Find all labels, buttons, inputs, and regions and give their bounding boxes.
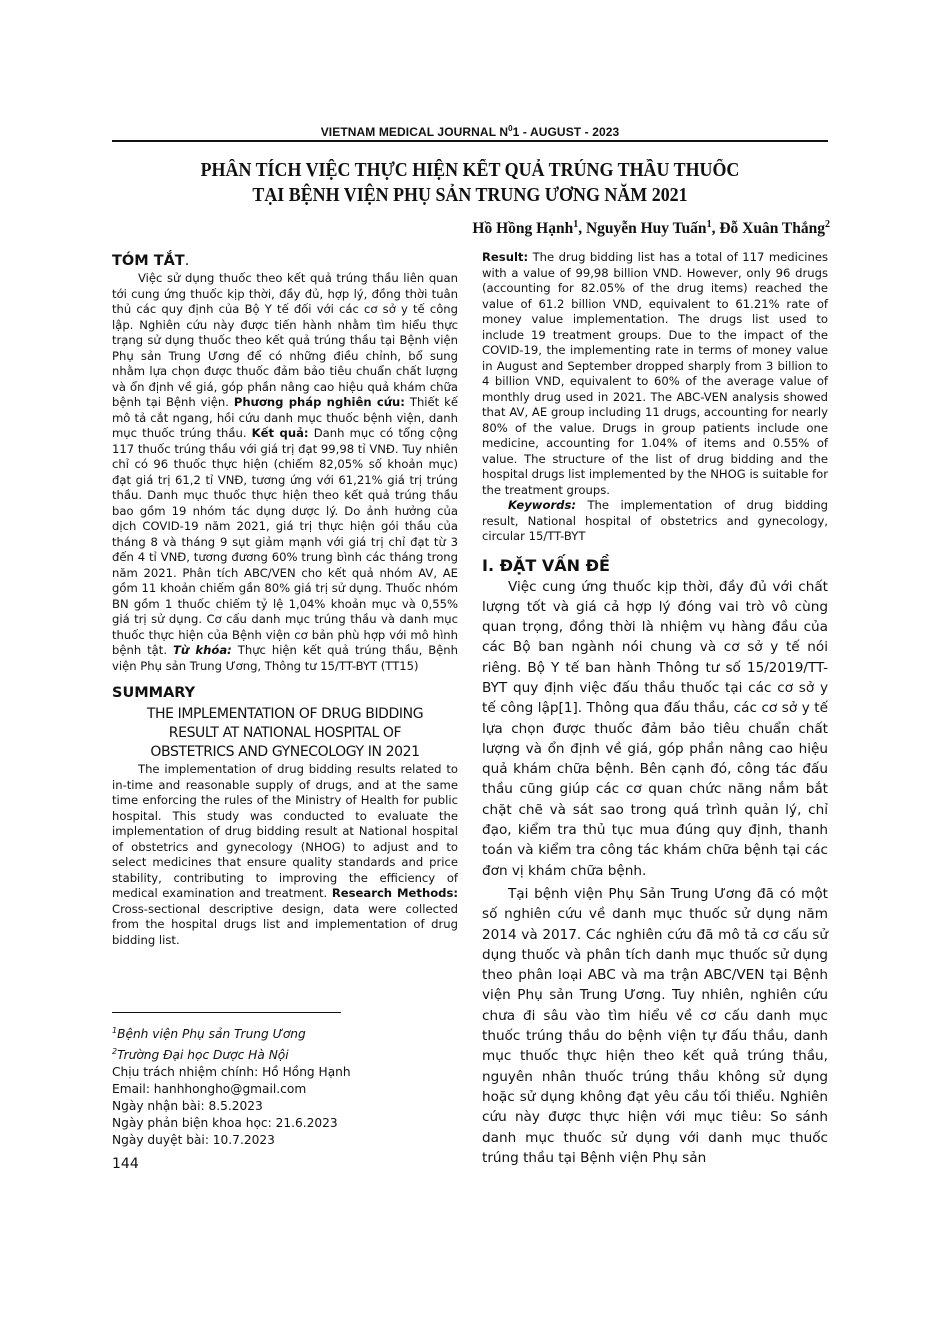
summary-title: THE IMPLEMENTATION OF DRUG BIDDING RESUL… [112,705,458,762]
keywords-paragraph: Keywords: The implementation of drug bid… [482,498,828,545]
running-header: VIETNAM MEDICAL JOURNAL N01 - AUGUST - 2… [112,124,828,139]
journal-page: VIETNAM MEDICAL JOURNAL N01 - AUGUST - 2… [0,0,942,1333]
journal-name: VIETNAM MEDICAL JOURNAL N [321,125,508,139]
received-date: Ngày nhận bài: 8.5.2023 [112,1098,351,1115]
article-title: PHÂN TÍCH VIỆC THỰC HIỆN KẾT QUẢ TRÚNG T… [141,158,800,208]
result-label: Result: [482,250,528,264]
author-affiliation: 1 [573,219,578,230]
summary-results: Result: The drug bidding list has a tota… [482,250,828,498]
research-methods-label: Research Methods: [332,886,458,900]
summary-heading: SUMMARY [112,684,458,703]
intro-paragraph-1: Việc cung ứng thuốc kịp thời, đầy đủ với… [482,577,828,881]
title-line-1: PHÂN TÍCH VIỆC THỰC HIỆN KẾT QUẢ TRÚNG T… [141,158,800,183]
abstract-heading: TÓM TẮT. [112,252,458,271]
page-number: 144 [112,1156,139,1172]
abstract-vi-paragraph: Việc sử dụng thuốc theo kết quả trúng th… [112,271,458,674]
keywords-label: Từ khóa: [173,643,232,657]
section-heading: I. ĐẶT VẤN ĐỀ [482,555,828,577]
methods-label: Phương pháp nghiên cứu: [234,395,405,409]
accepted-date: Ngày duyệt bài: 10.7.2023 [112,1132,351,1149]
footnote-rule [112,1012,341,1013]
author-email: Email: hanhhongho@gmail.com [112,1081,351,1098]
title-line-2: TẠI BỆNH VIỆN PHỤ SẢN TRUNG ƯƠNG NĂM 202… [141,183,800,208]
summary-paragraph: The implementation of drug bidding resul… [112,762,458,948]
author-affiliation: 2 [825,219,830,230]
right-column: x Result: The drug bidding list has a to… [482,250,828,1168]
keywords-en-label: Keywords: [508,498,576,512]
results-label: Kết quả: [252,426,309,440]
corresponding-author: Chịu trách nhiệm chính: Hồ Hồng Hạnh [112,1064,351,1081]
affiliation-1: 1Bệnh viện Phụ sản Trung Ương [112,1022,351,1043]
left-column: TÓM TẮT. Việc sử dụng thuốc theo kết quả… [112,252,458,948]
intro-paragraph-2: Tại bệnh viện Phụ Sản Trung Ương đã có m… [482,884,828,1168]
issue-date: 1 - AUGUST - 2023 [513,125,620,139]
affiliation-2: 2Trường Đại học Dược Hà Nội [112,1043,351,1064]
summary-results-paragraph: x [482,235,828,251]
author-affiliation: 1 [707,219,712,230]
review-date: Ngày phản biện khoa học: 21.6.2023 [112,1115,351,1132]
footnotes: 1Bệnh viện Phụ sản Trung Ương 2Trường Đạ… [112,1022,351,1149]
header-rule [112,140,828,142]
